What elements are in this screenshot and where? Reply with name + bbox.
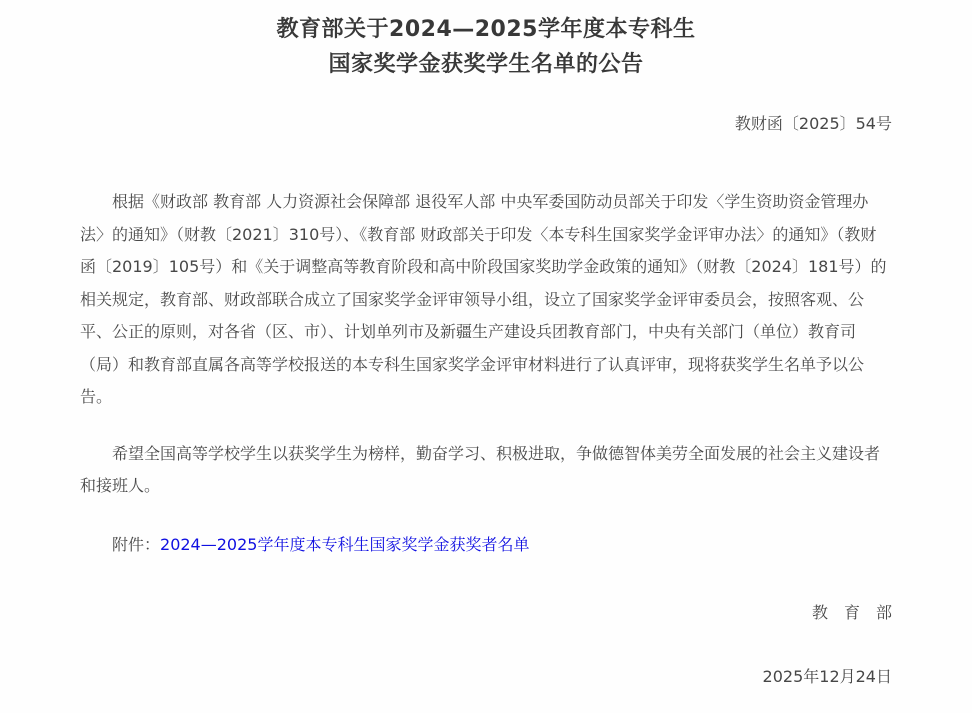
- attachment-link[interactable]: 2024—2025学年度本专科生国家奖学金获奖者名单: [160, 535, 529, 554]
- title-line-1: 教育部关于2024—2025学年度本专科生: [80, 12, 892, 47]
- attachment-label: 附件：: [112, 535, 160, 554]
- body-paragraph-1: 根据《财政部 教育部 人力资源社会保障部 退役军人部 中央军委国防动员部关于印发…: [80, 186, 892, 414]
- body-paragraph-2: 希望全国高等学校学生以获奖学生为榜样，勤奋学习、积极进取，争做德智体美劳全面发展…: [80, 438, 892, 503]
- title-line-2: 国家奖学金获奖学生名单的公告: [80, 47, 892, 82]
- announcement-page: 教育部关于2024—2025学年度本专科生 国家奖学金获奖学生名单的公告 教财函…: [0, 0, 972, 713]
- issue-date: 2025年12月24日: [80, 661, 892, 693]
- document-number: 教财函〔2025〕54号: [80, 108, 892, 140]
- issuer-signature: 教 育 部: [80, 597, 892, 629]
- page-title: 教育部关于2024—2025学年度本专科生 国家奖学金获奖学生名单的公告: [80, 12, 892, 82]
- attachment-line: 附件：2024—2025学年度本专科生国家奖学金获奖者名单: [80, 529, 892, 562]
